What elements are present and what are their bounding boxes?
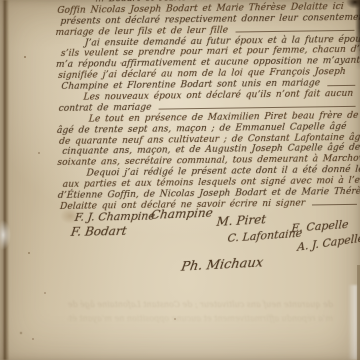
manuscript-photo: de quarante neuf ans cultivateur ; de Co… [0,0,360,360]
photo-vignette [0,0,360,360]
